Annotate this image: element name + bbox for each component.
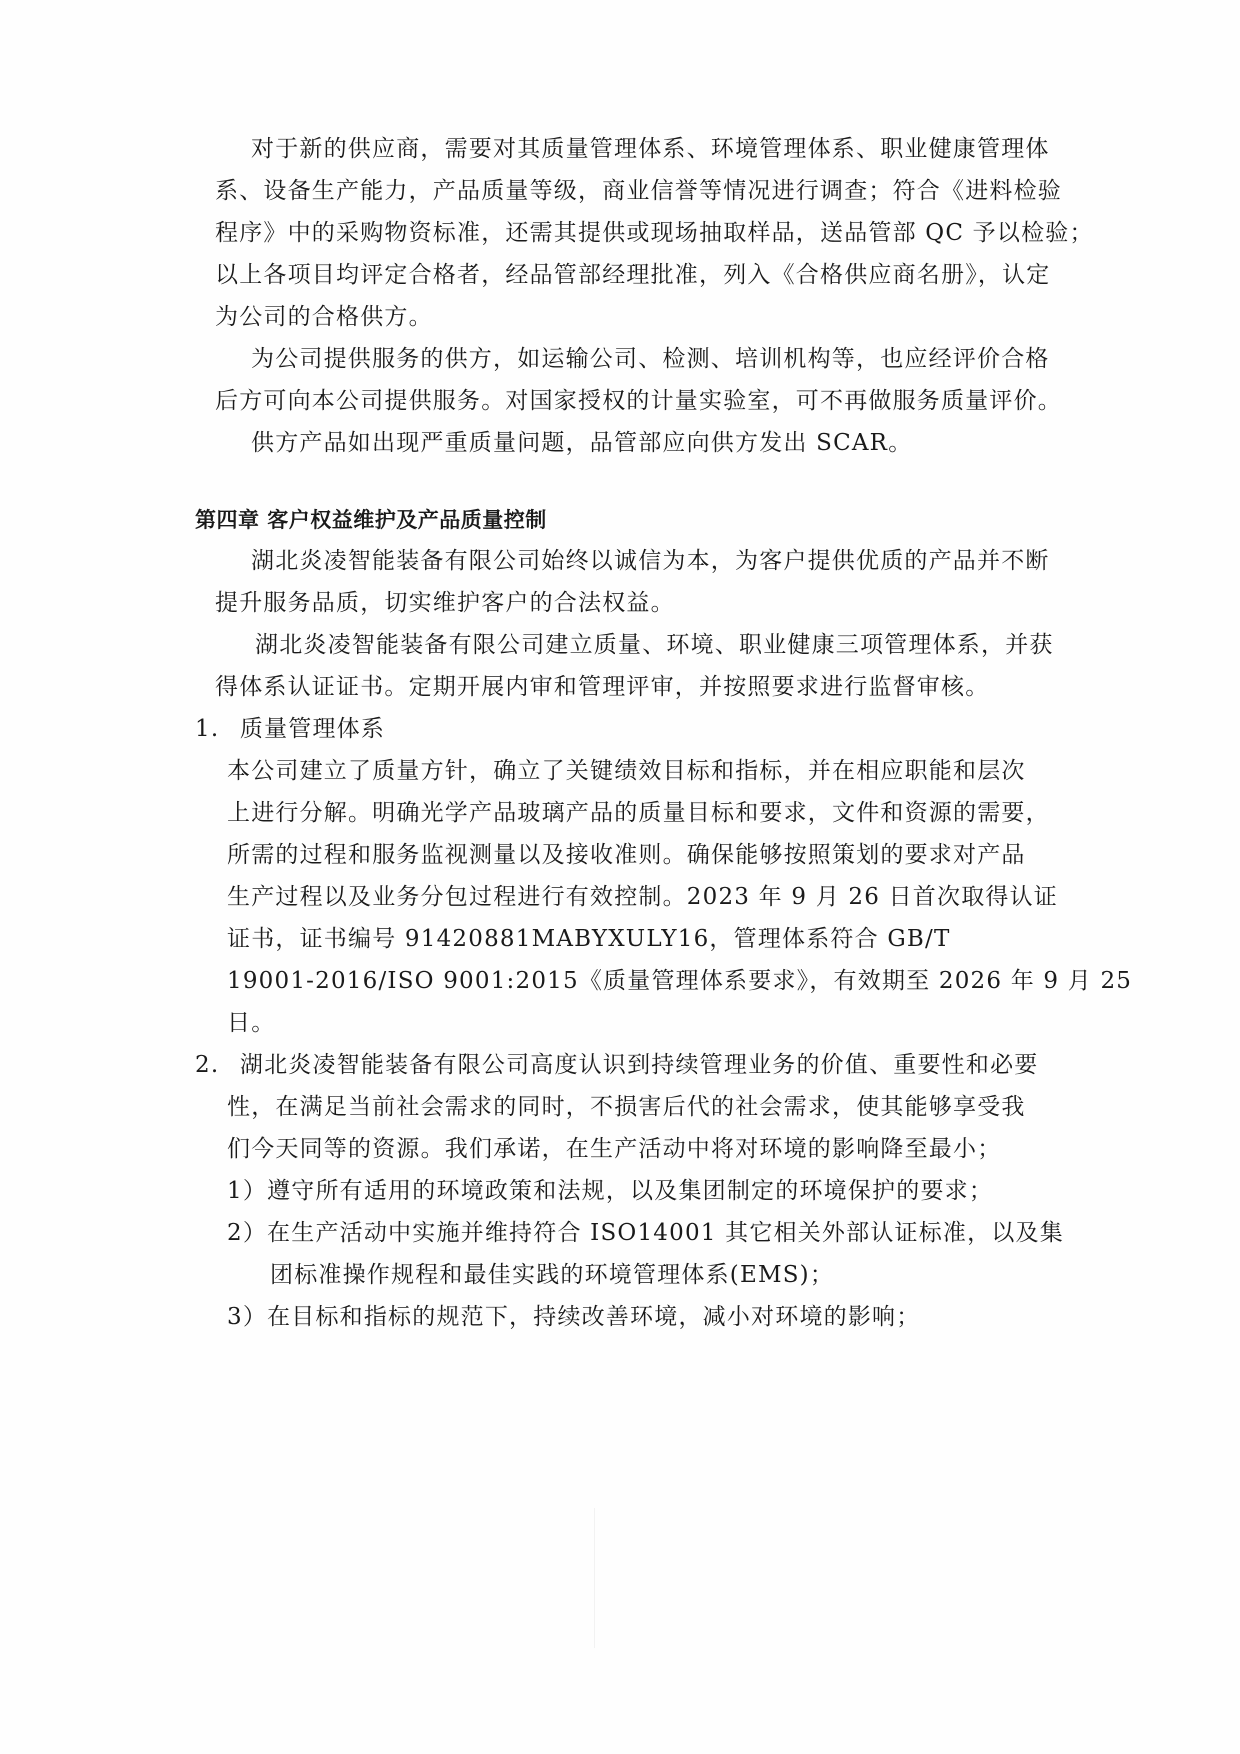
paragraph-line: 团标准操作规程和最佳实践的环境管理体系(EMS)； [270, 1260, 834, 1290]
paragraph-line: 提升服务品质，切实维护客户的合法权益。 [215, 588, 675, 618]
paragraph-line: 本公司建立了质量方针，确立了关键绩效目标和指标，并在相应职能和层次 [227, 756, 1026, 786]
paragraph-line: 日。 [227, 1008, 275, 1038]
list-item-title: 质量管理体系 [240, 716, 385, 742]
paragraph-line: 湖北炎凌智能装备有限公司始终以诚信为本，为客户提供优质的产品并不断 [251, 546, 1050, 576]
list-number: 1. [195, 716, 219, 742]
list-item-1: 1. 质量管理体系 [195, 714, 385, 744]
paragraph-line: 上进行分解。明确光学产品玻璃产品的质量目标和要求，文件和资源的需要， [227, 798, 1050, 828]
paragraph-line: 证书，证书编号 91420881MABYXULY16，管理体系符合 GB/T [227, 924, 951, 954]
scan-artifact [594, 1508, 595, 1648]
paragraph-line: 得体系认证证书。定期开展内审和管理评审，并按照要求进行监督审核。 [215, 672, 989, 702]
paragraph-line: 后方可向本公司提供服务。对国家授权的计量实验室，可不再做服务质量评价。 [215, 386, 1062, 416]
paragraph-line: 以上各项目均评定合格者，经品管部经理批准，列入《合格供应商名册》，认定 [215, 260, 1051, 290]
sub-list-number: 3） [227, 1304, 267, 1330]
chapter-heading: 第四章 客户权益维护及产品质量控制 [195, 505, 547, 535]
sub-list-item-3: 3）在目标和指标的规范下，持续改善环境，减小对环境的影响； [227, 1302, 920, 1332]
paragraph-line: 在目标和指标的规范下，持续改善环境，减小对环境的影响； [267, 1304, 920, 1330]
paragraph-line: 生产过程以及业务分包过程进行有效控制。2023 年 9 月 26 日首次取得认证 [227, 882, 1058, 912]
sub-list-number: 2） [227, 1220, 267, 1246]
sub-list-item-1: 1）遵守所有适用的环境政策和法规，以及集团制定的环境保护的要求； [227, 1176, 993, 1206]
paragraph-line: 对于新的供应商，需要对其质量管理体系、环境管理体系、职业健康管理体 [251, 134, 1050, 164]
paragraph-line: 19001-2016/ISO 9001:2015《质量管理体系要求》，有效期至 … [227, 966, 1132, 996]
sub-list-item-2: 2）在生产活动中实施并维持符合 ISO14001 其它相关外部认证标准，以及集 [227, 1218, 1064, 1248]
paragraph-line: 性，在满足当前社会需求的同时，不损害后代的社会需求，使其能够享受我 [227, 1092, 1026, 1122]
list-item-2: 2. 湖北炎凌智能装备有限公司高度认识到持续管理业务的价值、重要性和必要 [195, 1050, 1038, 1080]
paragraph-line: 湖北炎凌智能装备有限公司建立质量、环境、职业健康三项管理体系，并获 [255, 630, 1054, 660]
paragraph-line: 为公司的合格供方。 [215, 302, 433, 332]
paragraph-line: 程序》中的采购物资标准，还需其提供或现场抽取样品，送品管部 QC 予以检验； [215, 218, 1094, 248]
paragraph-line: 湖北炎凌智能装备有限公司高度认识到持续管理业务的价值、重要性和必要 [240, 1052, 1039, 1078]
paragraph-line: 为公司提供服务的供方，如运输公司、检测、培训机构等，也应经评价合格 [251, 344, 1050, 374]
paragraph-line: 所需的过程和服务监视测量以及接收准则。确保能够按照策划的要求对产品 [227, 840, 1026, 870]
paragraph-line: 供方产品如出现严重质量问题，品管部应向供方发出 SCAR。 [251, 428, 912, 458]
paragraph-line: 系、设备生产能力，产品质量等级，商业信誉等情况进行调查；符合《进料检验 [215, 176, 1062, 206]
paragraph-line: 在生产活动中实施并维持符合 ISO14001 其它相关外部认证标准，以及集 [267, 1220, 1064, 1246]
sub-list-number: 1） [227, 1178, 267, 1204]
paragraph-line: 遵守所有适用的环境政策和法规，以及集团制定的环境保护的要求； [267, 1178, 993, 1204]
paragraph-line: 们今天同等的资源。我们承诺，在生产活动中将对环境的影响降至最小； [227, 1134, 1001, 1164]
list-number: 2. [195, 1052, 219, 1078]
